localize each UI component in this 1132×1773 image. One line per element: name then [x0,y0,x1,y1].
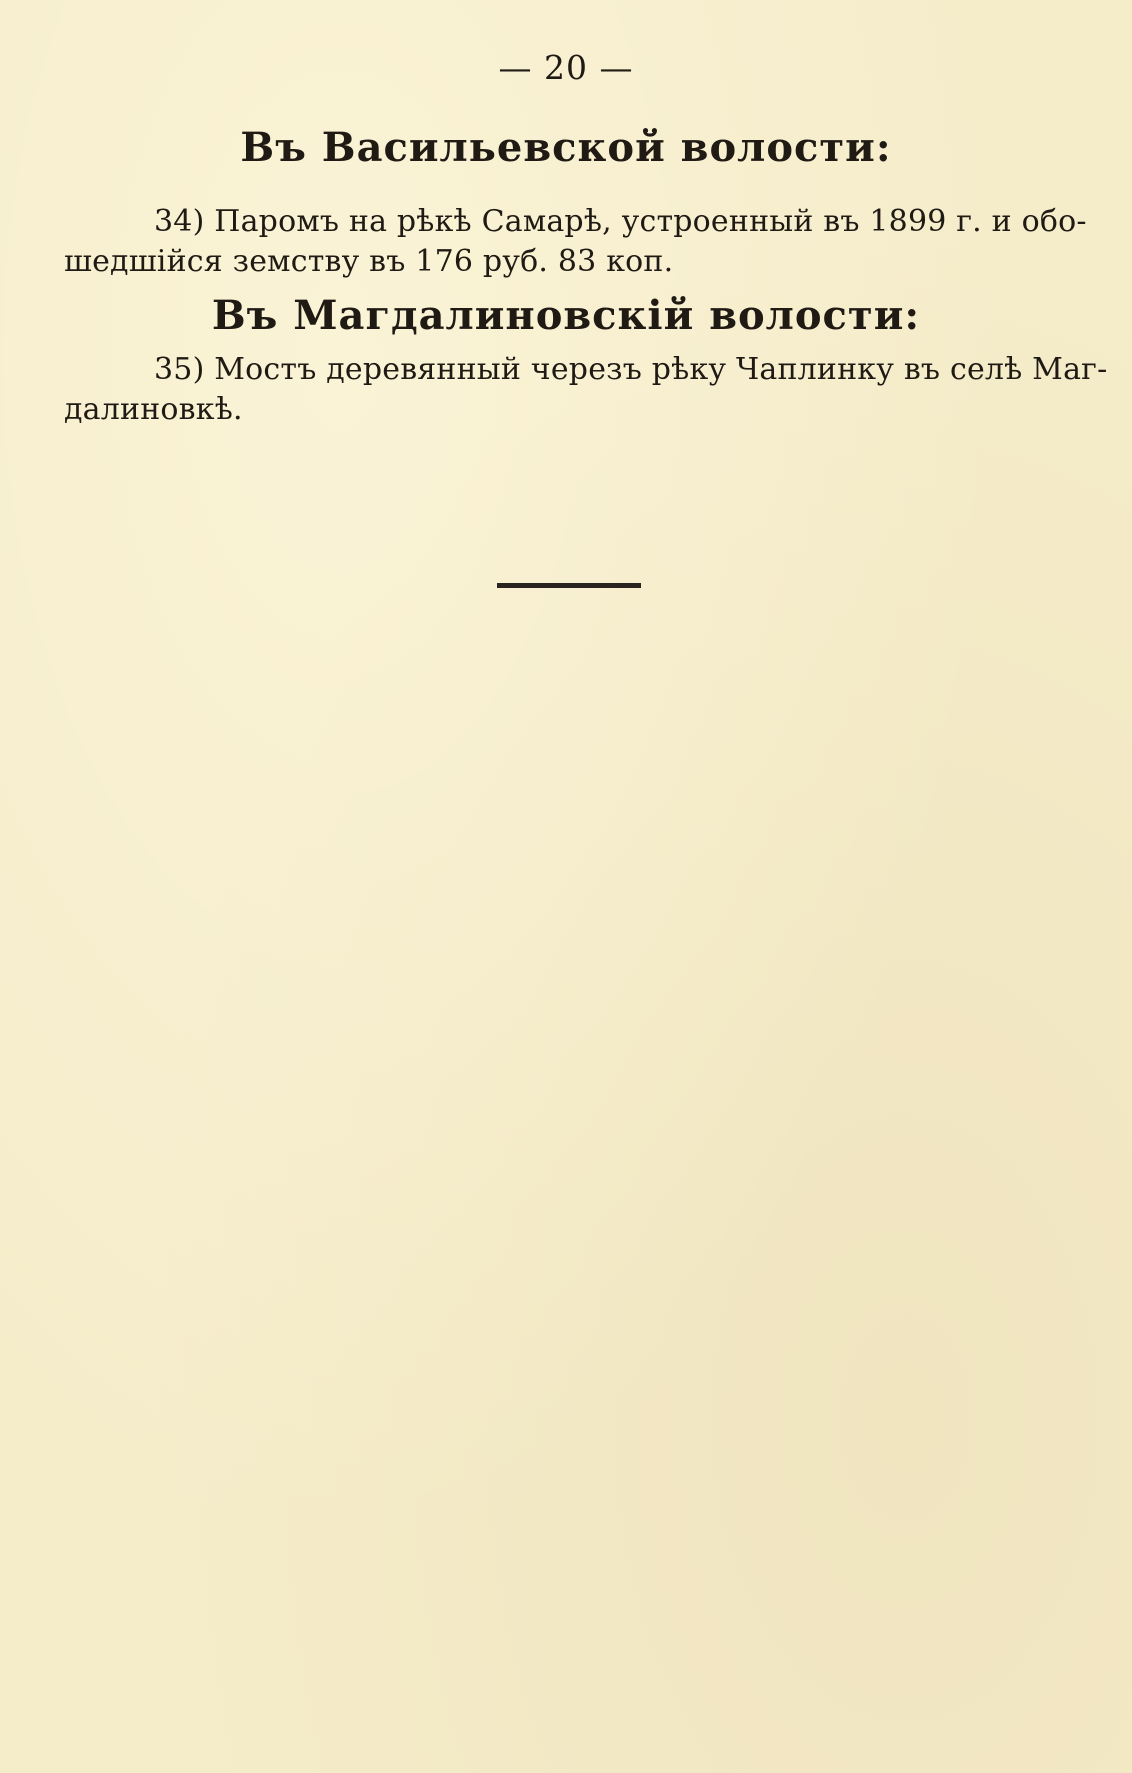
page-number: — 20 — [0,48,1132,87]
section-heading-vasilyevskaya: Въ Васильевской волости: [0,124,1132,171]
section-end-rule [497,583,641,588]
entry-line: 34) Паромъ на рѣкѣ Самарѣ, устроенный въ… [64,202,1104,242]
entry-line: шедшійся земству въ 176 руб. 83 коп. [64,242,1104,282]
entry-line: 35) Мостъ деревянный черезъ рѣку Чаплинк… [64,350,1104,390]
entry-line: далиновкѣ. [64,390,1104,430]
section-heading-magdalinovskaya: Въ Магдалиновскій волости: [0,292,1132,339]
entry-34-ferry: 34) Паромъ на рѣкѣ Самарѣ, устроенный въ… [64,202,1104,282]
book-page: — 20 — Въ Васильевской волости: 34) Паро… [0,0,1132,1773]
entry-35-bridge: 35) Мостъ деревянный черезъ рѣку Чаплинк… [64,350,1104,430]
